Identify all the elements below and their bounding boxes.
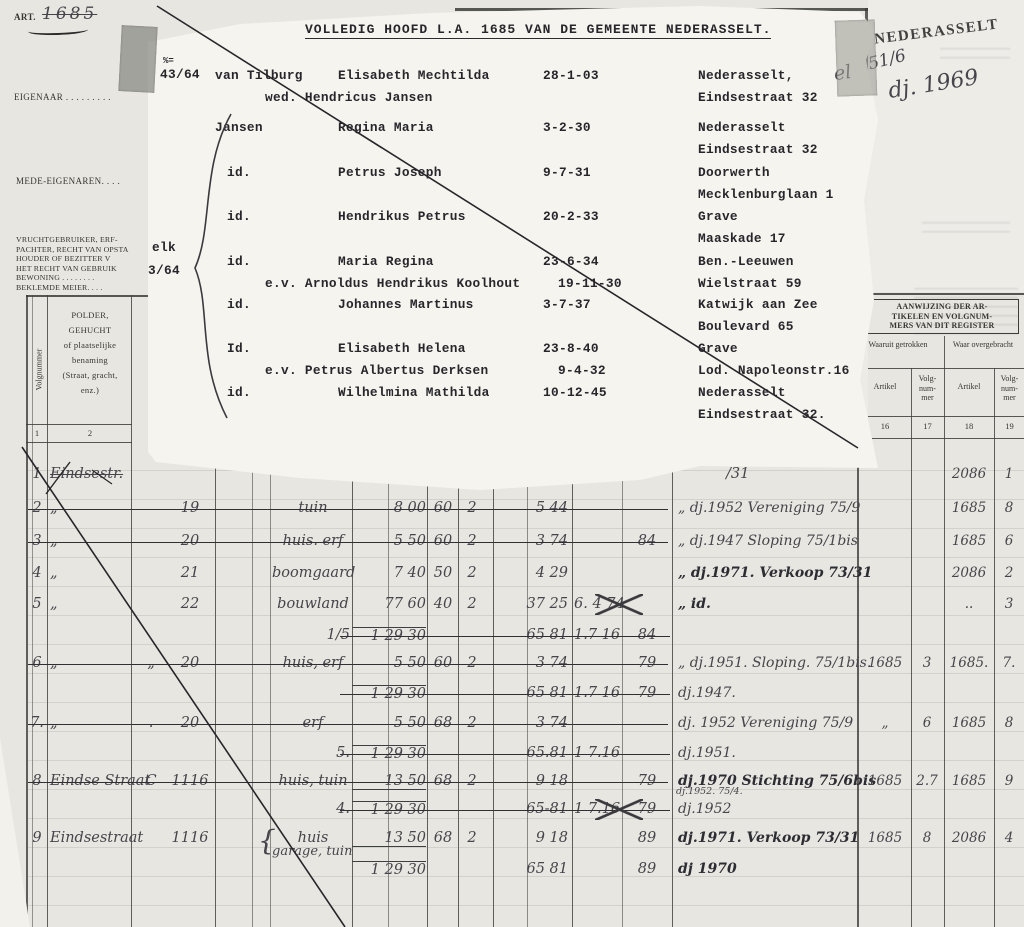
- owner-place: Grave: [698, 341, 738, 356]
- owner-extra-birthdate: 19-11-30: [558, 276, 622, 291]
- owner-birthdate: 10-12-45: [543, 385, 607, 400]
- owner-birthdate: 20-2-33: [543, 209, 599, 224]
- owner-street: Mecklenburglaan 1: [698, 187, 834, 202]
- owner-birthdate: 3-2-30: [543, 120, 591, 135]
- owner-birthdate: 23-6-34: [543, 254, 599, 269]
- owner-brace: [183, 108, 253, 428]
- owner-street: Lod. Napoleonstr.16: [698, 363, 850, 378]
- owner-place: Katwijk aan Zee: [698, 297, 818, 312]
- owner-birthdate: 9-7-31: [543, 165, 591, 180]
- owner-given-names: Elisabeth Helena: [338, 341, 466, 356]
- owner-place: Nederasselt: [698, 120, 786, 135]
- owner-birthdate: 23-8-40: [543, 341, 599, 356]
- owner-place: Nederasselt,: [698, 68, 794, 83]
- owner-place: Doorwerth: [698, 165, 770, 180]
- owner-place: Ben.-Leeuwen: [698, 254, 794, 269]
- owner-extra-line: wed. Hendricus Jansen: [265, 90, 433, 105]
- owner-birthdate: 3-7-37: [543, 297, 591, 312]
- tape-piece-left: [118, 25, 157, 93]
- owner-street: Eindsestraat 32.: [698, 407, 826, 422]
- owner-given-names: Petrus Joseph: [338, 165, 442, 180]
- owner-street: Boulevard 65: [698, 319, 794, 334]
- owner-given-names: Maria Regina: [338, 254, 434, 269]
- scanned-register-page: ART. 1685 EIGENAAR . . . . . . . . . MED…: [0, 0, 1024, 927]
- owner-street: Eindsestraat 32: [698, 142, 818, 157]
- owner-street: Maaskade 17: [698, 231, 786, 246]
- owner-place: Nederasselt: [698, 385, 786, 400]
- owner-street: Eindsestraat 32: [698, 90, 818, 105]
- owner-surname: van Tilburg: [215, 68, 303, 83]
- owner-extra-line: e.v. Arnoldus Hendrikus Koolhout: [265, 276, 520, 291]
- owner-given-names: Hendrikus Petrus: [338, 209, 466, 224]
- owner-given-names: Regina Maria: [338, 120, 434, 135]
- owner-street: Wielstraat 59: [698, 276, 802, 291]
- owner-birthdate: 28-1-03: [543, 68, 599, 83]
- owner-extra-line: e.v. Petrus Albertus Derksen: [265, 363, 488, 378]
- owner-given-names: Wilhelmina Mathilda: [338, 385, 490, 400]
- owner-place: Grave: [698, 209, 738, 224]
- typed-content-layer: VOLLEDIG HOOFD L.A. 1685 VAN DE GEMEENTE…: [0, 0, 1024, 927]
- owner-extra-birthdate: 9-4-32: [558, 363, 606, 378]
- tape-piece-right: [835, 19, 878, 96]
- owner-given-names: Elisabeth Mechtilda: [338, 68, 490, 83]
- owner-given-names: Johannes Martinus: [338, 297, 474, 312]
